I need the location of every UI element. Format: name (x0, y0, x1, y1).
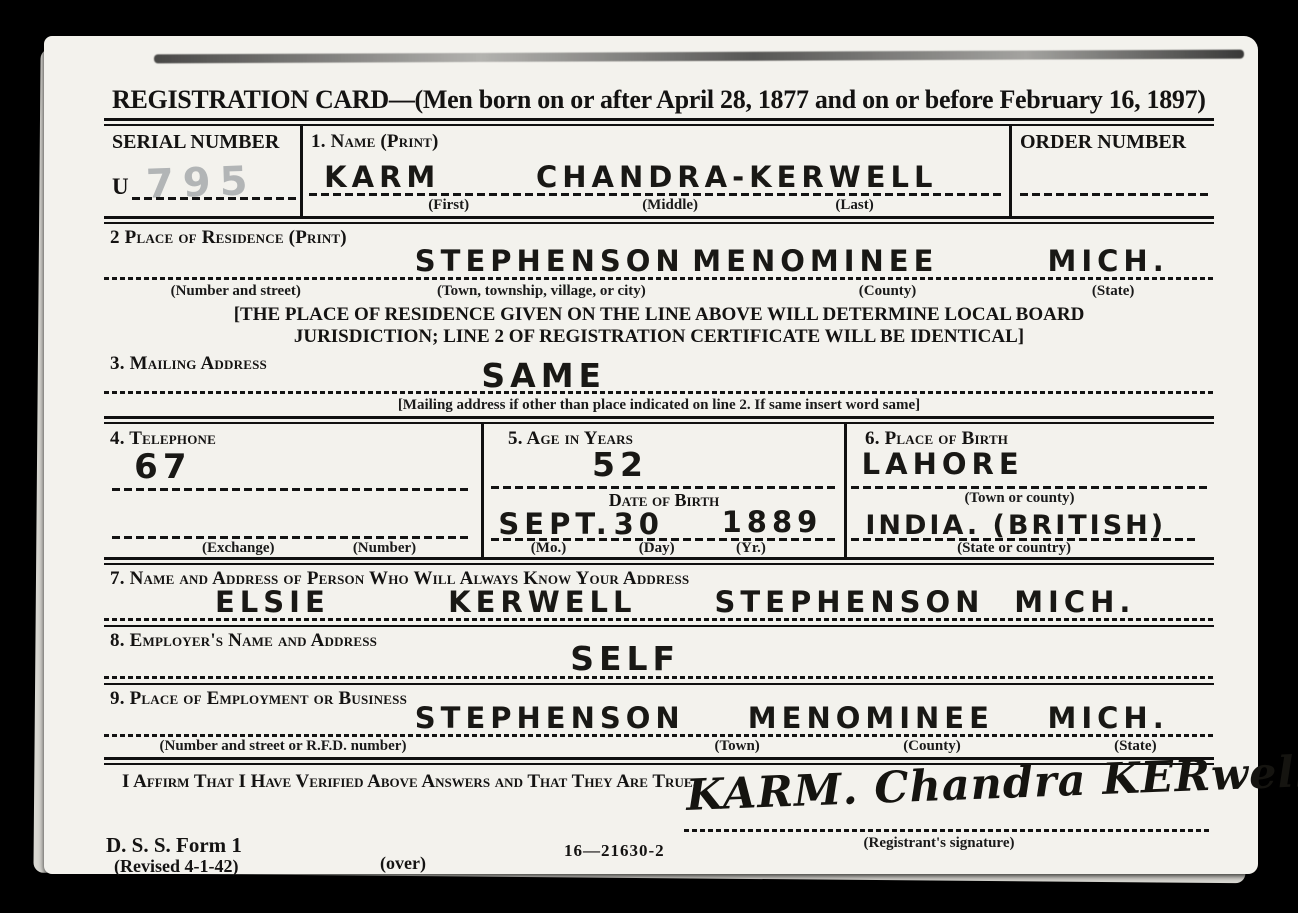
row-telephone-age-birth: 4. Telephone 67 (Exchange) (Number) 5. A… (104, 424, 1214, 557)
jurisdiction-note: [THE PLACE OF RESIDENCE GIVEN ON THE LIN… (104, 302, 1214, 350)
caption-exchange: (Exchange) (202, 540, 275, 557)
caption-state: (State) (1092, 283, 1134, 300)
card-form: REGISTRATION CARD—(Men born on or after … (104, 82, 1214, 899)
mailing-label: 3. Mailing Address (104, 350, 1214, 375)
name-section: 1. Name (Print) KARM CHANDRA-KERWELL (Fi… (300, 126, 1012, 216)
divider-double (104, 416, 1214, 424)
contact-state-value: MICH. (1014, 588, 1135, 617)
mailing-caption: [Mailing address if other than place ind… (104, 397, 1214, 414)
birth-town-value: LAHORE (862, 450, 1024, 479)
order-number-label: ORDER NUMBER (1020, 131, 1206, 154)
age-section: 5. Age in Years 52 Date of Birth SEPT. 3… (481, 424, 847, 557)
caption-month: (Mo.) (531, 540, 566, 557)
print-code: 16—21630-2 (564, 841, 665, 861)
caption-birth-town: (Town or county) (964, 490, 1074, 507)
contact-first-value: ELSIE (215, 588, 330, 617)
scan-smudge-artifact (154, 50, 1244, 64)
serial-number-section: SERIAL NUMBER U 795 (104, 126, 300, 216)
signature-caption: (Registrant's signature) (664, 835, 1214, 852)
dob-day-value: 30 (614, 510, 664, 539)
form-identifier: D. S. S. Form 1 (Revised 4-1-42) (106, 835, 242, 877)
mailing-value: SAME (481, 359, 606, 392)
over-note: (over) (380, 853, 426, 874)
telephone-section: 4. Telephone 67 (Exchange) (Number) (104, 424, 481, 557)
contact-section: 7. Name and Address of Person Who Will A… (104, 565, 1214, 627)
caption-town: (Town, township, village, or city) (437, 283, 646, 300)
name-middlelast-value: CHANDRA-KERWELL (536, 163, 938, 192)
footer-zone: D. S. S. Form 1 (Revised 4-1-42) (over) … (104, 795, 1214, 899)
telephone-value: 67 (134, 450, 191, 484)
contact-last-value: KERWELL (448, 588, 636, 617)
dob-year-value: 1889 (722, 508, 823, 537)
caption-birth-country: (State or country) (957, 540, 1071, 557)
birth-section: 6. Place of Birth LAHORE (Town or county… (847, 424, 1214, 557)
dashed-rule (104, 734, 1214, 737)
employment-county-value: MENOMINEE (748, 704, 994, 733)
dob-month-value: SEPT. (498, 510, 611, 539)
residence-state-value: MICH. (1048, 247, 1169, 276)
dashed-rule (104, 618, 1214, 621)
caption-employment-town: (Town) (715, 738, 760, 755)
name-first-value: KARM (324, 163, 440, 192)
caption-employment-number: (Number and street or R.F.D. number) (160, 738, 407, 755)
caption-number-street: (Number and street) (171, 283, 301, 300)
dashed-rule (112, 536, 470, 539)
jurisdiction-note-line2: JURISDICTION; LINE 2 OF REGISTRATION CER… (104, 326, 1214, 348)
caption-middle: (Middle) (642, 197, 698, 214)
caption-day: (Day) (639, 540, 675, 557)
residence-county-value: MENOMINEE (692, 247, 938, 276)
signature-block: KARM. Chandra KERwell (Registrant's sign… (664, 767, 1214, 867)
divider-double (104, 557, 1214, 565)
order-number-section: ORDER NUMBER (1012, 126, 1214, 216)
name-captions: (First) (Middle) (Last) (311, 197, 1001, 214)
residence-town-value: STEPHENSON (415, 247, 685, 276)
dashed-rule (1020, 193, 1212, 196)
dashed-rule (309, 193, 1003, 196)
dashed-rule (132, 197, 296, 200)
dashed-rule (684, 829, 1210, 832)
serial-prefix: U (112, 174, 129, 200)
dashed-rule (491, 486, 837, 489)
employment-section: 9. Place of Employment or Business STEPH… (104, 685, 1214, 757)
caption-first: (First) (428, 197, 469, 214)
caption-county: (County) (859, 283, 917, 300)
caption-last: (Last) (835, 197, 873, 214)
residence-section: 2 Place of Residence (Print) STEPHENSON … (104, 224, 1214, 302)
employer-value: SELF (570, 642, 680, 675)
age-label: 5. Age in Years (490, 428, 838, 450)
card-title: REGISTRATION CARD—(Men born on or after … (104, 82, 1214, 118)
contact-town-value: STEPHENSON (715, 588, 985, 617)
employment-town-value: STEPHENSON (415, 704, 685, 733)
dashed-rule (851, 486, 1211, 489)
employment-state-value: MICH. (1048, 704, 1169, 733)
dashed-rule (104, 277, 1214, 280)
mailing-section: 3. Mailing Address SAME [Mailing address… (104, 350, 1214, 416)
serial-number-stamp: 795 (145, 158, 257, 208)
dashed-rule (104, 676, 1214, 679)
form-number: D. S. S. Form 1 (106, 835, 242, 856)
employer-section: 8. Employer's Name and Address SELF (104, 627, 1214, 685)
birth-country-value: INDIA. (BRITISH) (865, 512, 1166, 539)
divider-double (104, 216, 1214, 224)
jurisdiction-note-line1: [THE PLACE OF RESIDENCE GIVEN ON THE LIN… (104, 304, 1214, 326)
divider-double (104, 118, 1214, 126)
form-revision: (Revised 4-1-42) (106, 856, 242, 877)
dashed-rule (112, 488, 470, 491)
caption-year: (Yr.) (736, 540, 766, 557)
dashed-rule (104, 391, 1214, 394)
registration-card: REGISTRATION CARD—(Men born on or after … (44, 36, 1258, 874)
serial-number-label: SERIAL NUMBER (112, 131, 292, 154)
row-serial-name-order: SERIAL NUMBER U 795 1. Name (Print) KARM… (104, 126, 1214, 216)
name-label: 1. Name (Print) (311, 131, 1001, 153)
age-value: 52 (592, 448, 648, 481)
caption-number: (Number) (353, 540, 416, 557)
caption-employment-county: (County) (903, 738, 961, 755)
